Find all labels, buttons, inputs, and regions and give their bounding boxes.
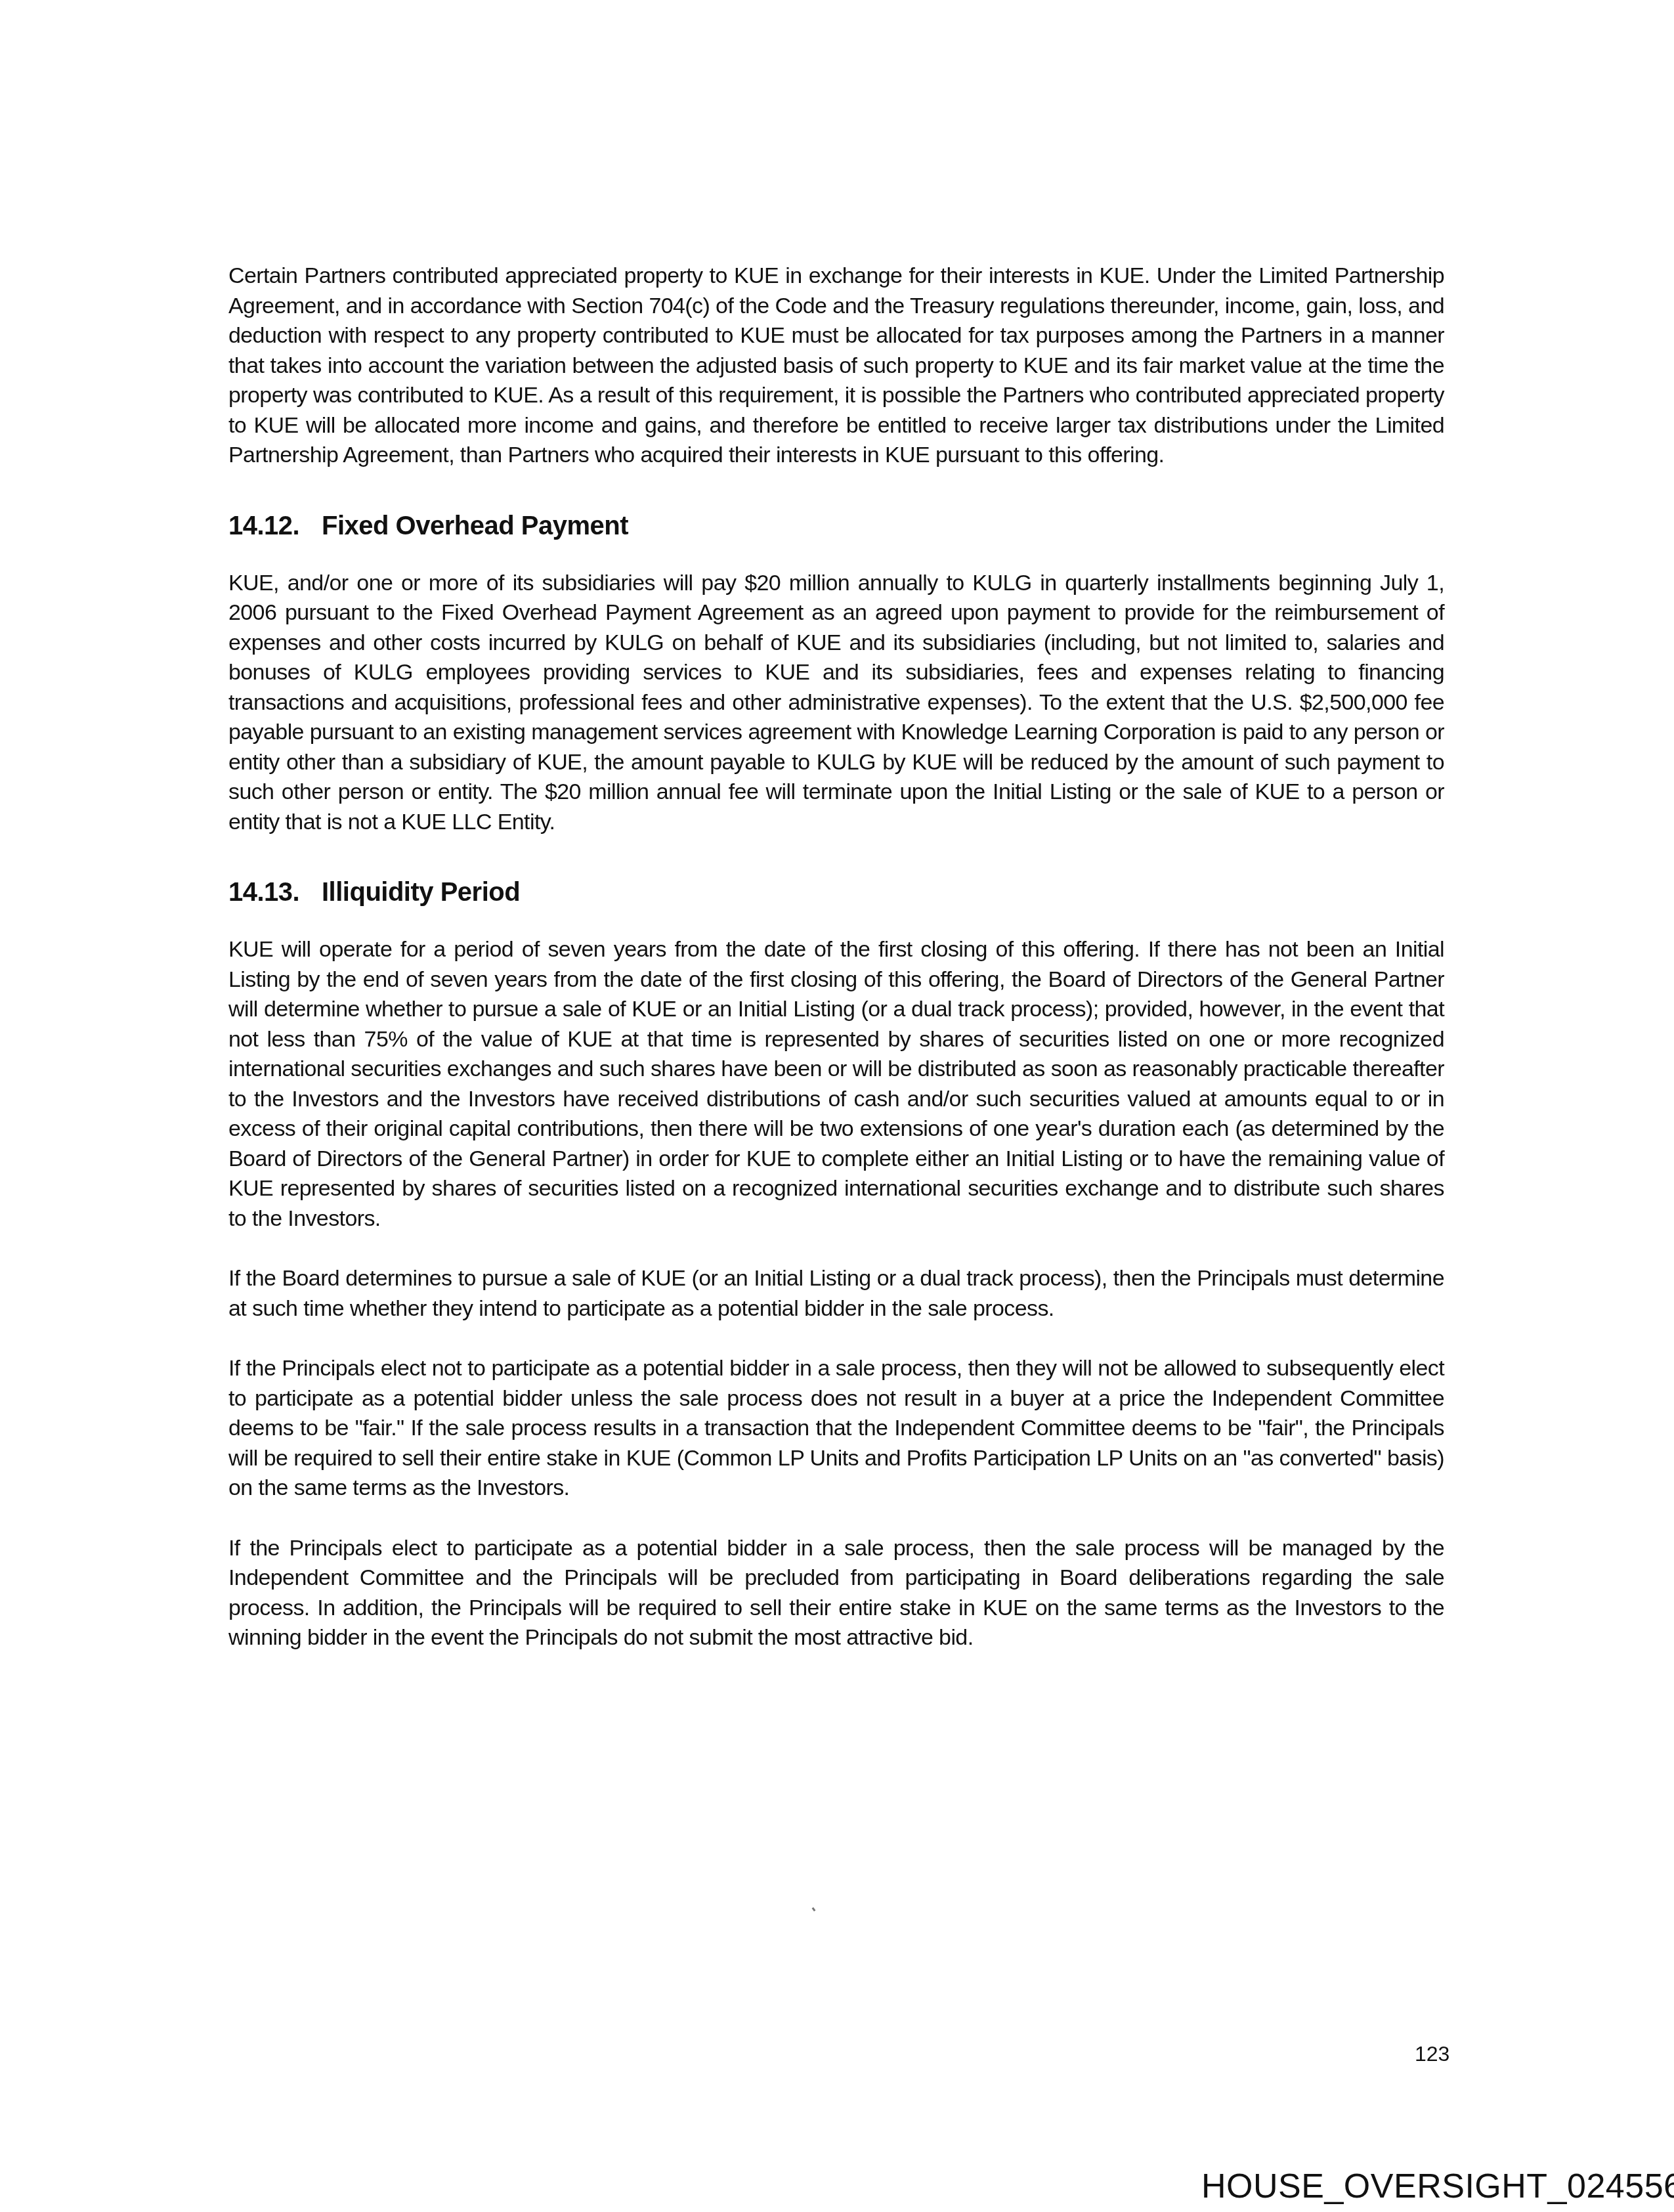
page-number: 123: [1415, 2042, 1449, 2066]
paragraph: If the Board determines to pursue a sale…: [228, 1264, 1444, 1324]
document-page: Certain Partners contributed appreciated…: [0, 0, 1674, 2212]
section-heading: 14.12.Fixed Overhead Payment: [228, 511, 1444, 541]
section-title: Illiquidity Period: [322, 878, 520, 907]
section-number: 14.13.: [228, 878, 322, 907]
section-heading: 14.13.Illiquidity Period: [228, 878, 1444, 907]
paragraph: If the Principals elect to participate a…: [228, 1534, 1444, 1653]
intro-paragraph: Certain Partners contributed appreciated…: [228, 261, 1444, 471]
paragraph: If the Principals elect not to participa…: [228, 1354, 1444, 1504]
section-title: Fixed Overhead Payment: [322, 511, 628, 540]
section-fixed-overhead-payment: 14.12.Fixed Overhead Payment KUE, and/or…: [228, 511, 1444, 838]
scan-artifact-mark: [812, 1907, 816, 1912]
section-number: 14.12.: [228, 511, 322, 541]
paragraph: KUE, and/or one or more of its subsidiar…: [228, 569, 1444, 838]
paragraph: KUE will operate for a period of seven y…: [228, 935, 1444, 1234]
page-content: Certain Partners contributed appreciated…: [228, 261, 1444, 1694]
bates-stamp: HOUSE_OVERSIGHT_024556: [1201, 2167, 1674, 2206]
section-illiquidity-period: 14.13.Illiquidity Period KUE will operat…: [228, 878, 1444, 1653]
